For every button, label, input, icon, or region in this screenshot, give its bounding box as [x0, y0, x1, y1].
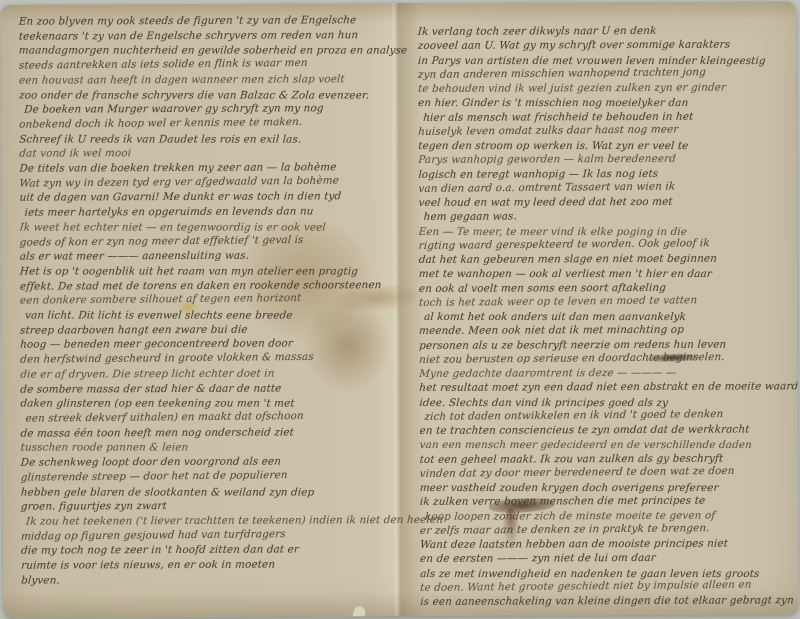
handwritten-line: te doen. Want het groote geschiedt niet … [420, 577, 796, 595]
handwritten-line: de sombere massa der stad hier & daar de… [20, 381, 401, 397]
handwritten-line: meende. Meen ook niet dat ik met minacht… [419, 323, 795, 339]
handwritten-line: is een aaneenschakeling van kleine dinge… [420, 593, 796, 609]
handwritten-line: glinsterende streep — door het nat de po… [20, 467, 401, 485]
handwritten-line: den herfstwind gescheurd in groote vlokk… [20, 349, 401, 367]
handwritten-line: een donkere sombere silhouet af tegen ee… [20, 290, 401, 308]
letter-scan: { "document": { "kind": "handwritten let… [0, 0, 800, 619]
handwritten-line: de massa één toon heeft men nog ondersch… [20, 425, 401, 441]
handwritten-line: zich tot daden ontwikkelen en ik vind 't… [424, 406, 795, 424]
handwritten-line: En zoo blyven my ook steeds de figuren '… [18, 13, 399, 29]
letter-sheet: En zoo blyven my ook steeds de figuren '… [1, 1, 799, 617]
handwritten-line: van licht. Dit licht is evenwel slechts … [25, 309, 401, 324]
letter-page-right: Ik verlang toch zeer dikwyls naar U en d… [418, 23, 796, 609]
handwritten-line: zyn dan anderen misschien wanhopend trac… [418, 64, 794, 82]
handwritten-line: van dien aard o.a. omtrent Tassaert van … [418, 178, 794, 196]
handwritten-line: en hier. Ginder is 't misschien nog moei… [418, 96, 794, 110]
handwritten-line: rigting waard gerespekteerd te worden. O… [418, 235, 794, 253]
handwritten-line: Het is op 't oogenblik uit het raam van … [19, 265, 400, 280]
letter-page-left: En zoo blyven my ook steeds de figuren '… [19, 13, 401, 588]
handwritten-line: een houvast aan heeft in dagen wanneer m… [19, 72, 400, 88]
handwritten-line: er zelfs maar aan te denken ze in prakty… [420, 520, 796, 538]
handwritten-line: steeds aantrekken als iets solide en fli… [18, 55, 399, 73]
handwritten-line: met te wanhopen — ook al verliest men 't… [418, 267, 794, 281]
handwritten-line: die my toch nog te zeer in 't hoofd zitt… [21, 542, 402, 558]
handwritten-line: iets meer hartelyks en opgeruimds en lev… [24, 204, 400, 220]
handwritten-line: die er af dryven. Die streep licht echte… [20, 366, 401, 382]
handwritten-line: hem gegaan was. [423, 209, 794, 225]
handwritten-line: onbekend doch ik hoop wel er kennis mee … [19, 114, 400, 132]
handwritten-line: het resultaat moet zyn een daad niet een… [419, 380, 795, 396]
handwritten-line: ik zulken verre boven menschen die met p… [419, 494, 795, 510]
handwritten-line: zooveel aan U. Wat gy my schryft over so… [417, 38, 793, 54]
handwritten-line: een streek dekverf uithalen) en maakt da… [25, 408, 401, 426]
handwritten-line: als er wat meer ——— aaneensluiting was. [19, 248, 400, 264]
handwritten-line: en de eersten ——— zyn niet de lui om daa… [420, 551, 796, 567]
handwritten-line: dat het kan gebeuren men slage en niet m… [418, 251, 794, 267]
handwritten-line: teekenaars 't zy van de Engelsche schryv… [18, 28, 399, 44]
handwritten-line: huiselyk leven omdat zulks daar haast no… [418, 121, 794, 139]
handwritten-line: middag op figuren gesjouwd had van turfd… [21, 526, 402, 544]
handwritten-line: Parys wanhopig geworden — kalm beredenee… [418, 152, 794, 168]
handwritten-line: goeds of kon er zyn nog meer dat effekti… [19, 232, 400, 250]
handwritten-line: blyven. [21, 573, 402, 588]
handwritten-line: niet zou berusten op serieuse en doordac… [419, 349, 795, 367]
handwritten-line: van een mensch meer gedecideerd en de ve… [419, 438, 795, 452]
edge-tear [352, 605, 366, 617]
handwritten-line: groen. figuurtjes zyn zwart [20, 498, 401, 514]
handwritten-line: te behouden vind ik wel juist gezien zul… [418, 80, 794, 96]
handwritten-line: toch is het zaak weer op te leven en moe… [419, 292, 795, 310]
handwritten-line: ruimte is voor iets nieuws, en er ook in… [21, 557, 402, 573]
handwritten-line: en te trachten consciencieus te zyn omda… [419, 422, 795, 438]
handwritten-line: vinden dat zy door meer beredeneerd te d… [419, 463, 795, 481]
handwritten-line: dat vond ik wel mooi [19, 145, 400, 161]
